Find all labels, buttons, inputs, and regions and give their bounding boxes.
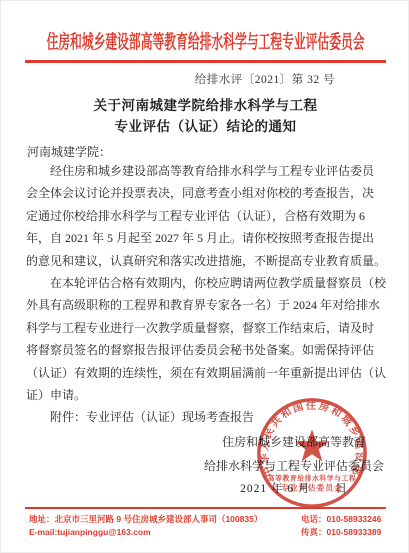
seal-inner-text1: 高等教育给排水科学与工程 bbox=[268, 474, 356, 483]
body-line: 年，自 2021 年 5 月起至 2027 年 5 月止。请你校按照考查报告提出 bbox=[26, 227, 387, 249]
salutation: 河南城建学院： bbox=[27, 143, 111, 160]
body-line: 经住房和城乡建设部高等教育给排水科学与工程专业评估委员 bbox=[26, 160, 387, 182]
official-seal: 中华人民共和国住房和城乡建设部 高等教育给排水科学与工程 专业评估委员会 bbox=[253, 394, 371, 512]
notice-title-line1: 关于河南城建学院给排水科学与工程 bbox=[1, 94, 409, 114]
header-org-name: 住房和城乡建设部高等教育给排水科学与工程专业评估委员会 bbox=[46, 27, 364, 54]
body-text: 经住房和城乡建设部高等教育给排水科学与工程专业评估委员 会全体会议讨论并投票表决… bbox=[26, 160, 387, 429]
footer-right-column: 电话：010-58933246 传真：010-58933389 bbox=[301, 513, 381, 538]
footer-fax: 传真：010-58933389 bbox=[301, 526, 381, 539]
footer-address: 地址：北京市三里河路 9 号住房城乡建设部人事司（100835） bbox=[29, 513, 262, 526]
footer-email: E-mail:tujianpinggu@163.com bbox=[29, 526, 262, 539]
body-line: 科学与工程专业进行一次教学质量督察，督察工作结束后，请及时 bbox=[26, 317, 387, 339]
body-line: （认证）有效期的连续性，须在有效期届满前一年重新提出评估（认 bbox=[26, 362, 387, 384]
body-line: 外具有高级职称的工程界和教育界专家各一名）于 2024 年对给排水 bbox=[26, 294, 387, 316]
doc-number: 给排水评〔2021〕第 32 号 bbox=[1, 71, 335, 87]
footer-phone: 电话：010-58933246 bbox=[301, 513, 381, 526]
body-line: 将督察员签名的督察报告报评估委员会秘书处备案。如需保持评估 bbox=[26, 339, 387, 361]
document-page: 住房和城乡建设部高等教育给排水科学与工程专业评估委员会 给排水评〔2021〕第 … bbox=[0, 0, 409, 553]
body-line: 会全体会议讨论并投票表决，同意考查小组对你校的考查报告，决 bbox=[26, 182, 387, 204]
seal-inner-text2: 专业评估委员会 bbox=[281, 482, 343, 492]
body-line: 在本轮评估合格有效期内，你校应聘请两位教学质量督察员（校 bbox=[26, 272, 387, 294]
body-line: 的意见和建议，认真研究和落实改进措施，不断提高专业教育质量。 bbox=[26, 250, 387, 272]
body-line: 定通过你校给排水科学与工程专业评估（认证），合格有效期为 6 bbox=[26, 205, 387, 227]
footer-divider bbox=[25, 507, 386, 509]
letterhead: 住房和城乡建设部高等教育给排水科学与工程专业评估委员会 bbox=[1, 21, 409, 59]
footer-left-column: 地址：北京市三里河路 9 号住房城乡建设部人事司（100835） E-mail:… bbox=[29, 513, 262, 538]
notice-title-line2: 专业评估（认证）结论的通知 bbox=[1, 115, 409, 135]
star-icon bbox=[295, 429, 329, 461]
header-divider bbox=[25, 60, 386, 63]
